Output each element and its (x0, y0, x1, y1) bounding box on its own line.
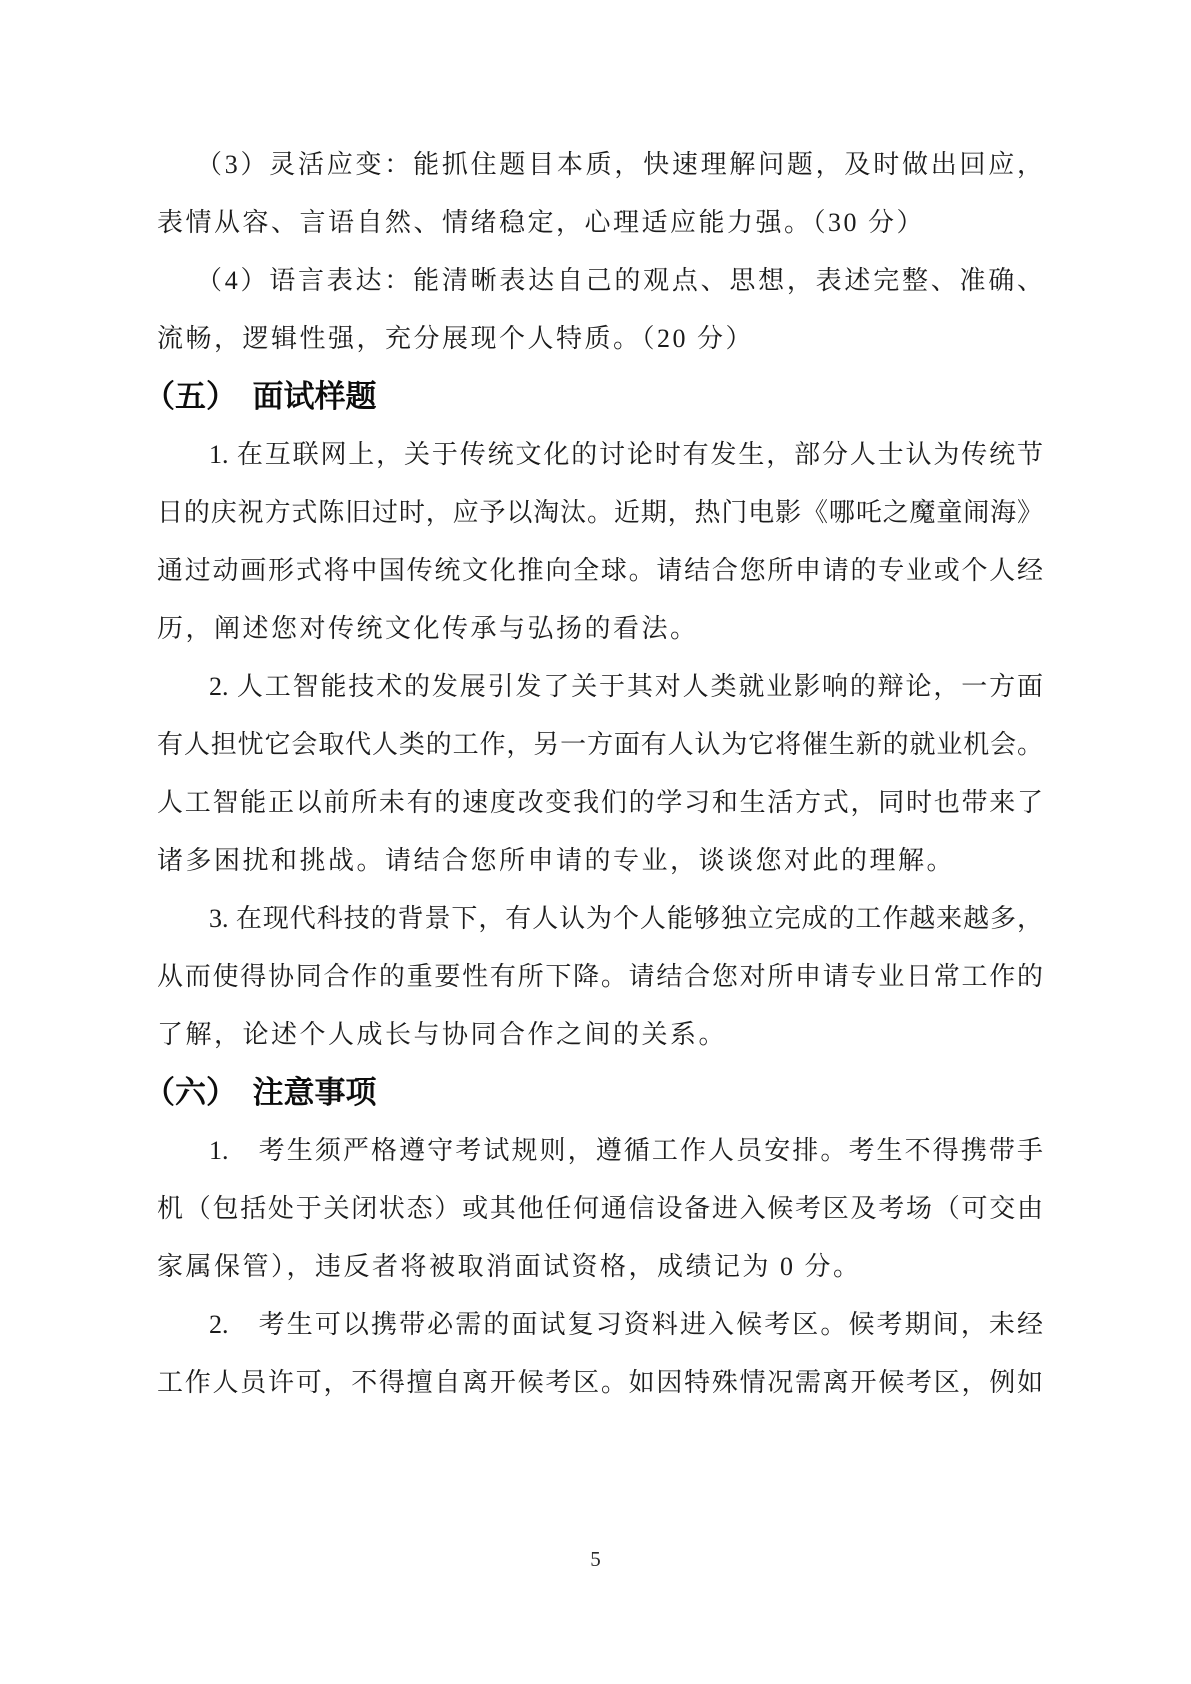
section-heading: （五） 面试样题 (144, 368, 1043, 426)
text-line: 通过动画形式将中国传统文化推向全球。请结合您所申请的专业或个人经 (157, 542, 1043, 600)
page-number: 5 (0, 1547, 1191, 1572)
text-line: 历，阐述您对传统文化传承与弘扬的看法。 (157, 600, 1043, 658)
text-line: 日的庆祝方式陈旧过时，应予以淘汰。近期，热门电影《哪吒之魔童闹海》 (157, 484, 1043, 542)
text-line: 人工智能正以前所未有的速度改变我们的学习和生活方式，同时也带来了 (157, 774, 1043, 832)
text-line: 1. 在互联网上，关于传统文化的讨论时有发生，部分人士认为传统节 (157, 426, 1043, 484)
text-line: 有人担忧它会取代人类的工作，另一方面有人认为它将催生新的就业机会。 (157, 716, 1043, 774)
text-line: 2. 人工智能技术的发展引发了关于其对人类就业影响的辩论，一方面 (157, 658, 1043, 716)
text-line: 了解，论述个人成长与协同合作之间的关系。 (157, 1006, 1043, 1064)
paragraph: 2. 人工智能技术的发展引发了关于其对人类就业影响的辩论，一方面有人担忧它会取代… (157, 658, 1043, 890)
text-line: 家属保管），违反者将被取消面试资格，成绩记为 0 分。 (157, 1238, 1043, 1296)
document-body: （3）灵活应变：能抓住题目本质，快速理解问题，及时做出回应，表情从容、言语自然、… (157, 136, 1043, 1412)
section-heading: （六） 注意事项 (144, 1064, 1043, 1122)
text-line: 3. 在现代科技的背景下，有人认为个人能够独立完成的工作越来越多， (157, 890, 1043, 948)
text-line: 表情从容、言语自然、情绪稳定，心理适应能力强。（30 分） (157, 194, 1043, 252)
paragraph: （4）语言表达：能清晰表达自己的观点、思想，表述完整、准确、流畅，逻辑性强，充分… (157, 252, 1043, 368)
text-line: （4）语言表达：能清晰表达自己的观点、思想，表述完整、准确、 (144, 252, 1043, 310)
paragraph: 1. 在互联网上，关于传统文化的讨论时有发生，部分人士认为传统节日的庆祝方式陈旧… (157, 426, 1043, 658)
paragraph: 3. 在现代科技的背景下，有人认为个人能够独立完成的工作越来越多，从而使得协同合… (157, 890, 1043, 1064)
text-line: 1. 考生须严格遵守考试规则，遵循工作人员安排。考生不得携带手 (157, 1122, 1043, 1180)
text-line: 2. 考生可以携带必需的面试复习资料进入候考区。候考期间，未经 (157, 1296, 1043, 1354)
paragraph: 1. 考生须严格遵守考试规则，遵循工作人员安排。考生不得携带手机（包括处于关闭状… (157, 1122, 1043, 1296)
text-line: 从而使得协同合作的重要性有所下降。请结合您对所申请专业日常工作的 (157, 948, 1043, 1006)
paragraph: 2. 考生可以携带必需的面试复习资料进入候考区。候考期间，未经工作人员许可，不得… (157, 1296, 1043, 1412)
text-line: 机（包括处于关闭状态）或其他任何通信设备进入候考区及考场（可交由 (157, 1180, 1043, 1238)
text-line: 工作人员许可，不得擅自离开候考区。如因特殊情况需离开候考区，例如 (157, 1354, 1043, 1412)
document-page: （3）灵活应变：能抓住题目本质，快速理解问题，及时做出回应，表情从容、言语自然、… (0, 0, 1191, 1684)
text-line: 流畅，逻辑性强，充分展现个人特质。（20 分） (157, 310, 1043, 368)
text-line: （3）灵活应变：能抓住题目本质，快速理解问题，及时做出回应， (144, 136, 1043, 194)
paragraph: （3）灵活应变：能抓住题目本质，快速理解问题，及时做出回应，表情从容、言语自然、… (157, 136, 1043, 252)
text-line: 诸多困扰和挑战。请结合您所申请的专业，谈谈您对此的理解。 (157, 832, 1043, 890)
